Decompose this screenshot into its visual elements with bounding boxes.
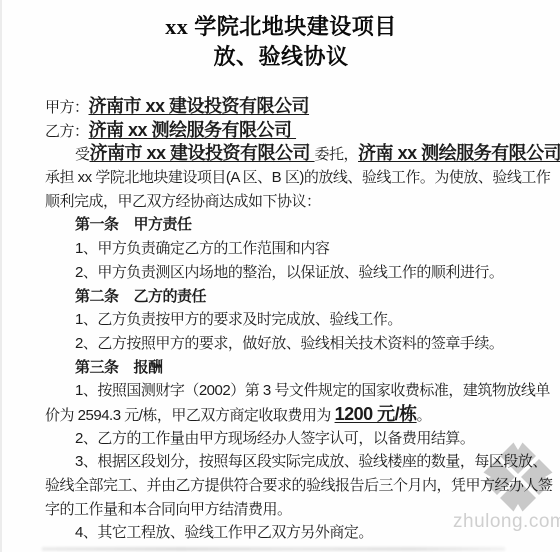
underlined-company-name: 济南市 xx 建设投资有限公司 <box>90 143 315 163</box>
fee-amount: 1200 元/栋 <box>335 404 417 424</box>
text-run: 甲方责任 <box>134 216 192 233</box>
text-run: 乙方： <box>45 123 89 140</box>
doc-line: 1、按照国测财字（2002）第 3 号文件规定的国家收费标准，建筑物放线单 <box>45 379 554 403</box>
text-run: 委托， <box>315 146 359 163</box>
section-heading-line: 第一条甲方责任 <box>45 213 554 237</box>
underlined-company-name: 济南 xx 测绘服务有限公司 <box>358 143 560 163</box>
scan-edge-artifact <box>42 547 505 551</box>
doc-line: 价为 2594.3 元/栋，甲乙双方商定收取费用为 1200 元/栋。 <box>45 403 554 427</box>
text-run: 2、甲方负责测区内场地的整治，以保证放、验线工作的顺利进行。 <box>75 264 503 281</box>
doc-line: 字的工作量和本合同向甲方结清费用。 <box>45 498 554 522</box>
title-line-2: 放、验线协议 <box>2 42 560 72</box>
doc-line: 1、甲方负责确定乙方的工作范围和内容 <box>45 237 554 261</box>
underlined-company-name: 济南市 xx 建设投资有限公司 <box>89 96 310 116</box>
doc-line: 甲方：济南市 xx 建设投资有限公司 <box>45 95 554 119</box>
heading-number: 第三条 <box>75 359 119 376</box>
document-title: xx 学院北地块建设项目 放、验线协议 <box>2 12 560 72</box>
doc-line: 4、其它工程放、验线工作甲乙双方另外商定。 <box>45 521 554 545</box>
text-run: 4、其它工程放、验线工作甲乙双方另外商定。 <box>75 524 373 541</box>
doc-line: 2、甲方负责测区内场地的整治，以保证放、验线工作的顺利进行。 <box>45 261 554 285</box>
text-run: 乙方的责任 <box>134 288 207 305</box>
text-run: 价为 2594.3 元/栋，甲乙双方商定收取费用为 <box>45 407 335 424</box>
document-page: zhulong.com xx 学院北地块建设项目 放、验线协议 甲方：济南市 x… <box>0 0 560 552</box>
doc-line: 2、乙方的工作量由甲方现场经办人签字认可，以备费用结算。 <box>45 427 554 451</box>
title-line-1: xx 学院北地块建设项目 <box>2 12 560 42</box>
text-run: 2、乙方按照甲方的要求，做好放、验线相关技术资料的签章手续。 <box>75 335 503 352</box>
text-run: 2、乙方的工作量由甲方现场经办人签字认可，以备费用结算。 <box>75 430 474 447</box>
text-run: 1、乙方负责按甲方的要求及时完成放、验线工作。 <box>75 311 402 328</box>
text-run: 字的工作量和本合同向甲方结清费用。 <box>45 501 292 518</box>
doc-line: 受济南市 xx 建设投资有限公司 委托，济南 xx 测绘服务有限公司 <box>45 142 554 166</box>
doc-line: 3、根据区段划分，按照每区段实际完成放、验线楼座的数量，每区段放、 <box>45 450 554 474</box>
text-run: 3、根据区段划分，按照每区段实际完成放、验线楼座的数量，每区段放、 <box>75 453 547 470</box>
doc-line: 乙方：济南 xx 测绘服务有限公司 <box>45 119 554 143</box>
doc-line: 顺利完成，甲乙双方经协商达成如下协议： <box>45 190 554 214</box>
text-run: 受 <box>75 146 90 163</box>
heading-number: 第一条 <box>75 216 119 233</box>
text-run: 报酬 <box>134 359 163 376</box>
heading-number: 第二条 <box>75 288 119 305</box>
text-run: 验线全部完工、并由乙方提供符合要求的验线报告后三个月内，凭甲方经办人签 <box>45 477 553 494</box>
text-run: 1、按照国测财字（2002）第 3 号文件规定的国家收费标准，建筑物放线单 <box>75 382 550 399</box>
doc-line: 承担 xx 学院北地块建设项目(A 区、B 区)的放线、验线工作。为使放、验线工… <box>45 166 554 190</box>
underlined-company-name: 济南 xx 测绘服务有限公司 <box>89 120 297 140</box>
text-run: 。 <box>417 407 432 424</box>
text-run: 甲方： <box>45 99 89 116</box>
text-run: 顺利完成，甲乙双方经协商达成如下协议： <box>45 193 321 210</box>
doc-line: 1、乙方负责按甲方的要求及时完成放、验线工作。 <box>45 308 554 332</box>
text-run: 1、甲方负责确定乙方的工作范围和内容 <box>75 240 329 257</box>
doc-line: 2、乙方按照甲方的要求，做好放、验线相关技术资料的签章手续。 <box>45 332 554 356</box>
section-heading-line: 第二条乙方的责任 <box>45 285 554 309</box>
section-heading-line: 第三条报酬 <box>45 356 554 380</box>
text-run: 承担 xx 学院北地块建设项目(A 区、B 区)的放线、验线工作。为使放、验线工… <box>45 169 550 186</box>
document-lines: 甲方：济南市 xx 建设投资有限公司乙方：济南 xx 测绘服务有限公司 受济南市… <box>45 95 554 545</box>
doc-line: 验线全部完工、并由乙方提供符合要求的验线报告后三个月内，凭甲方经办人签 <box>45 474 554 498</box>
